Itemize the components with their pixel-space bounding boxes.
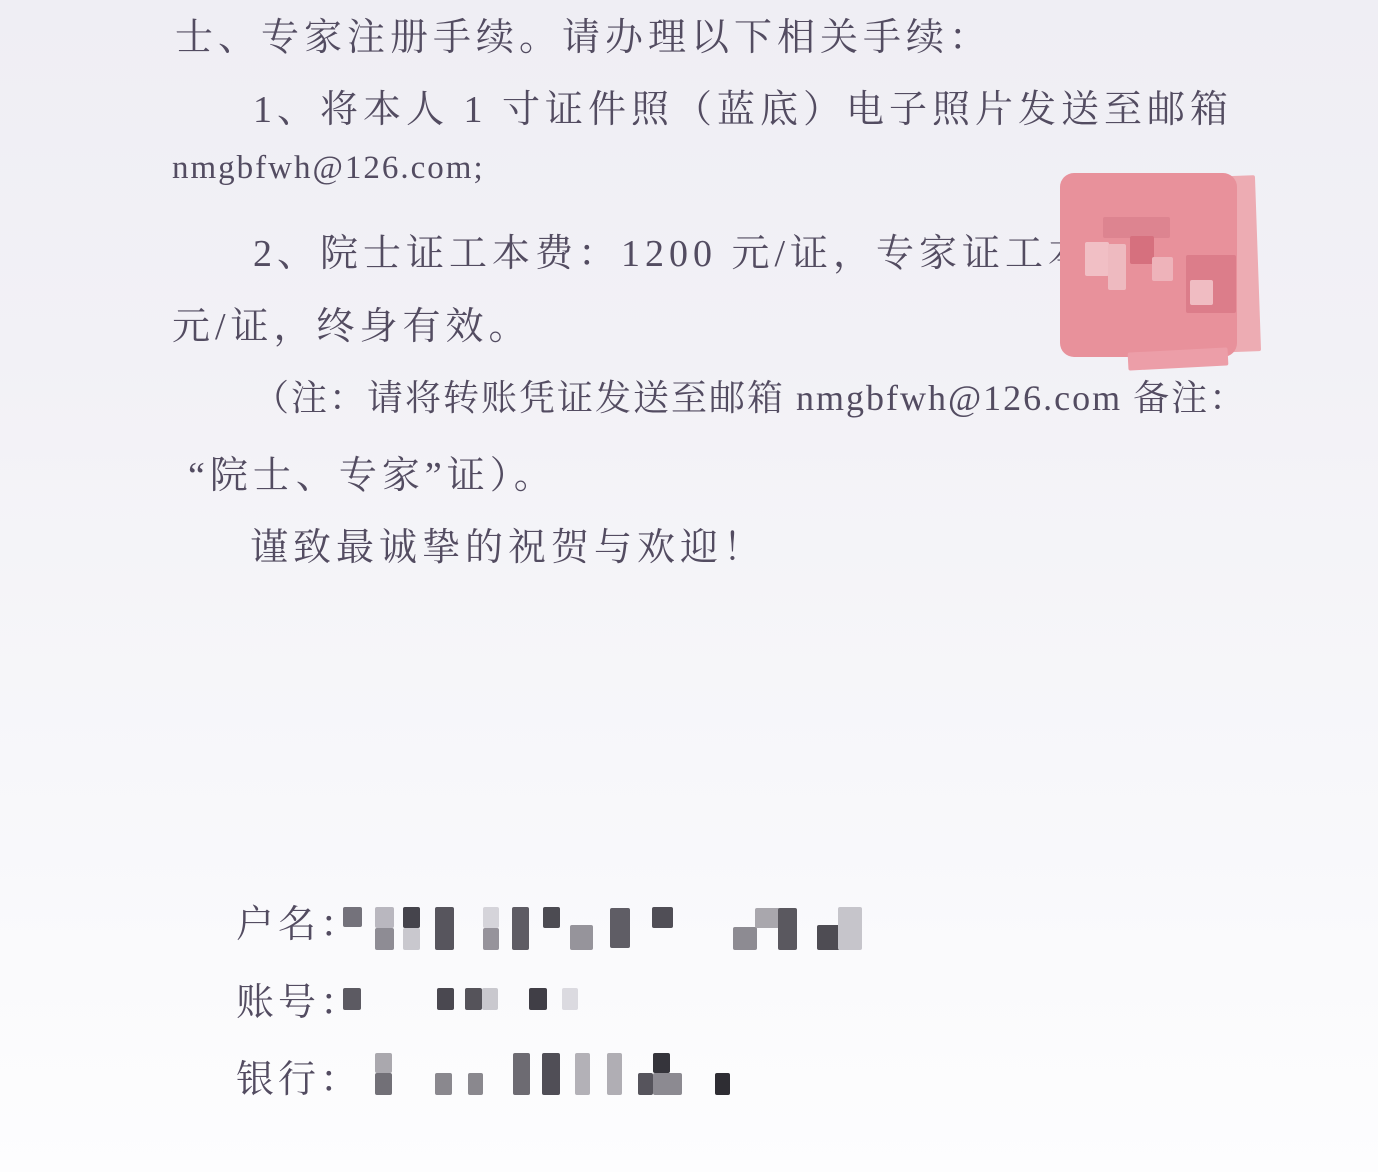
letter-line-note: （注：请将转账凭证发送至邮箱 nmgbfwh@126.com 备注：	[253, 370, 1247, 421]
scanned-letter-page: 士、专家注册手续。请办理以下相关手续： 1、将本人 1 寸证件照（蓝底）电子照片…	[0, 0, 1378, 1172]
letter-line-email: nmgbfwh@126.com;	[172, 150, 485, 187]
redaction-block	[570, 925, 593, 950]
redaction-block	[562, 988, 578, 1010]
redaction-block	[483, 928, 499, 950]
stamp-part	[1190, 280, 1213, 305]
redaction-block	[817, 925, 840, 950]
redaction-block	[755, 908, 780, 928]
letter-line-fee-validity: 元/证，终身有效。	[172, 295, 532, 350]
redaction-block	[465, 988, 482, 1010]
redaction-block	[652, 907, 673, 928]
redaction-block	[435, 907, 454, 950]
redaction-block	[483, 907, 499, 928]
redaction-block	[638, 1073, 653, 1095]
redaction-block	[375, 1053, 392, 1073]
stamp-part	[1207, 175, 1261, 353]
redaction-block	[653, 1073, 682, 1095]
redaction-block	[715, 1073, 730, 1095]
redaction-block	[513, 1053, 530, 1095]
redaction-block	[375, 928, 394, 950]
redaction-block	[607, 1053, 622, 1095]
redaction-block	[838, 907, 862, 950]
redaction-block	[437, 988, 454, 1010]
redaction-block	[653, 1053, 670, 1073]
redaction-block	[529, 988, 547, 1010]
redaction-block	[778, 908, 797, 950]
redaction-block	[610, 908, 630, 948]
redaction-block	[403, 928, 420, 950]
redaction-block	[512, 907, 529, 950]
letter-line-item-1: 1、将本人 1 寸证件照（蓝底）电子照片发送至邮箱	[253, 78, 1233, 133]
redaction-block	[542, 1053, 560, 1095]
redaction-block	[482, 988, 498, 1010]
redaction-block	[575, 1053, 590, 1095]
redaction-block	[375, 907, 394, 928]
redaction-block	[543, 907, 560, 928]
redaction-block	[468, 1073, 483, 1095]
redaction-block	[435, 1073, 452, 1095]
bank-account-name-label: 户名：	[236, 893, 362, 948]
letter-line-continuation: 士、专家注册手续。请办理以下相关手续：	[175, 6, 992, 61]
redaction-block	[733, 927, 757, 950]
redaction-block	[375, 1073, 392, 1095]
stamp-part	[1128, 347, 1229, 370]
letter-line-item-2: 2、院士证工本费：1200 元/证，专家证工本费	[253, 222, 1134, 277]
bank-account-number-label: 账号：	[236, 971, 362, 1026]
letter-line-note-continuation: “院士、专家”证）。	[188, 444, 557, 499]
letter-line-congratulations: 谨致最诚挚的祝贺与欢迎！	[250, 516, 766, 571]
stamp-part	[1152, 257, 1173, 281]
bank-name-label: 银行：	[236, 1048, 362, 1103]
redaction-block	[403, 907, 420, 928]
stamp-part	[1186, 255, 1236, 313]
